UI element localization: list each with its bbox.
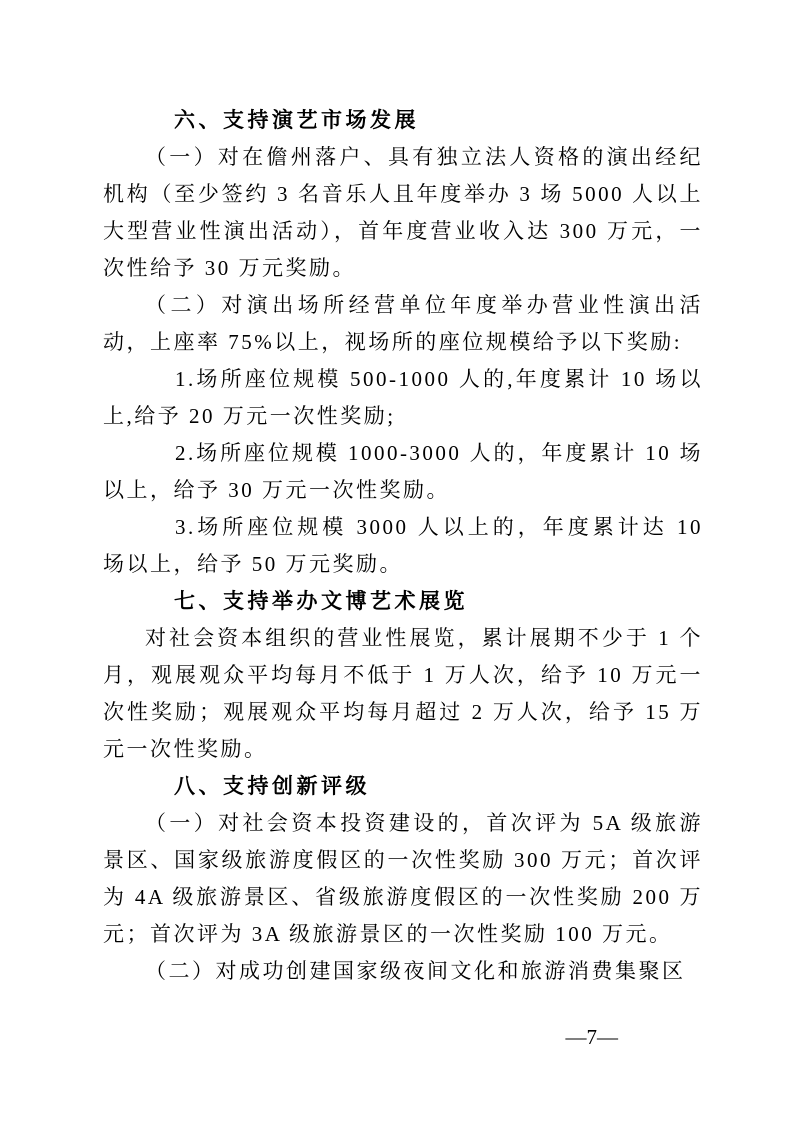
document-body: 六、支持演艺市场发展 （一）对在儋州落户、具有独立法人资格的演出经纪机构（至少签… — [103, 102, 703, 990]
paragraph-6-2: （二）对演出场所经营单位年度举办营业性演出活动，上座率 75%以上，视场所的座位… — [103, 287, 703, 361]
section-heading-8: 八、支持创新评级 — [103, 768, 703, 805]
page-number: —7— — [566, 1019, 619, 1056]
numbered-item-3: 3.场所座位规模 3000 人以上的，年度累计达 10 场以上，给予 50 万元… — [103, 509, 703, 583]
document-page: 六、支持演艺市场发展 （一）对在儋州落户、具有独立法人资格的演出经纪机构（至少签… — [0, 0, 800, 1131]
numbered-item-1: 1.场所座位规模 500-1000 人的,年度累计 10 场以上,给予 20 万… — [103, 361, 703, 435]
paragraph-8-1: （一）对社会资本投资建设的，首次评为 5A 级旅游景区、国家级旅游度假区的一次性… — [103, 805, 703, 953]
paragraph-7-1: 对社会资本组织的营业性展览，累计展期不少于 1 个月，观展观众平均每月不低于 1… — [103, 620, 703, 768]
numbered-item-2: 2.场所座位规模 1000-3000 人的，年度累计 10 场以上，给予 30 … — [103, 435, 703, 509]
section-heading-6: 六、支持演艺市场发展 — [103, 102, 703, 139]
paragraph-6-1: （一）对在儋州落户、具有独立法人资格的演出经纪机构（至少签约 3 名音乐人且年度… — [103, 139, 703, 287]
paragraph-8-2: （二）对成功创建国家级夜间文化和旅游消费集聚区 — [103, 953, 703, 990]
section-heading-7: 七、支持举办文博艺术展览 — [103, 583, 703, 620]
